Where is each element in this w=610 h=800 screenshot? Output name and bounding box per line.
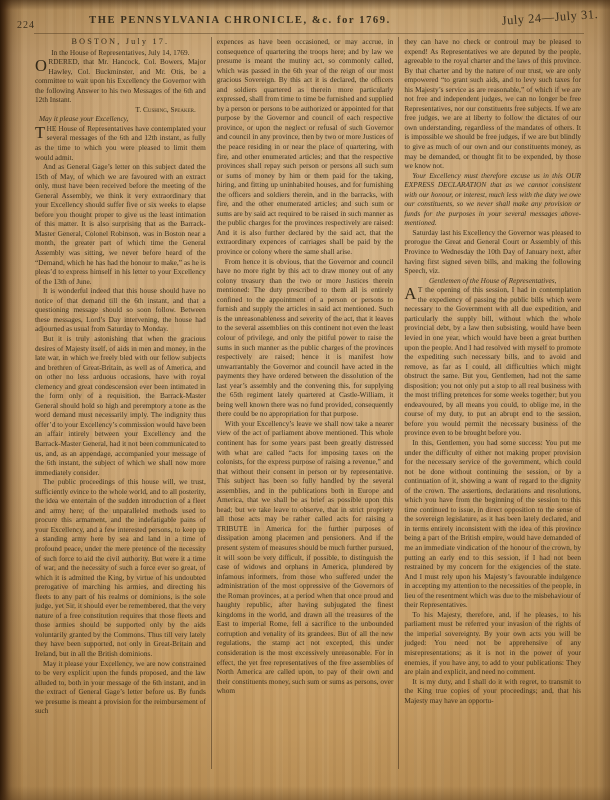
page-edge-bottom	[0, 786, 610, 800]
paragraph: With your Excellency’s leave we shall no…	[217, 419, 394, 696]
paragraph: ORDERED, that Mr. Hancock, Col. Bowers, …	[35, 57, 206, 105]
page-edge-right	[598, 0, 610, 800]
drop-cap: T	[35, 124, 47, 140]
paragraph: expences as have been occasioned, or may…	[217, 37, 394, 257]
page-title: THE PENNSYLVANIA CHRONICLE, &c. for 1769…	[60, 15, 420, 26]
dateline-boston: BOSTON, July 17.	[35, 37, 206, 47]
paragraph: THE House of Representatives have contem…	[35, 124, 206, 162]
paragraph: AT the opening of this session, I had in…	[404, 285, 581, 438]
speaker-line: T. Cushing, Speaker.	[35, 105, 206, 115]
newspaper-page: 224 THE PENNSYLVANIA CHRONICLE, &c. for …	[0, 0, 610, 800]
page-number: 224	[17, 20, 35, 31]
paragraph: Saturday last his Excellency the Governo…	[404, 228, 581, 276]
column-middle: expences as have been occasioned, or may…	[211, 37, 399, 769]
paragraph: May it please your Excellency, we are no…	[35, 659, 206, 716]
page-edge-left	[0, 0, 22, 800]
date-range: July 24—July 31.	[502, 7, 599, 29]
paragraph: they can have no check or controul may b…	[404, 37, 581, 171]
paragraph: From hence it is obvious, that the Gover…	[217, 257, 394, 419]
page-edge-top	[0, 0, 610, 10]
paragraph: It is my duty, and I shall do it with re…	[404, 677, 581, 706]
speech-salutation: Gentlemen of the House of Representative…	[404, 276, 581, 286]
paragraph: Your Excellency must therefore excuse us…	[404, 171, 581, 228]
column-left: BOSTON, July 17.In the House of Represen…	[35, 37, 211, 769]
court-heading: In the House of Representatives, July 14…	[35, 48, 206, 58]
drop-cap: O	[35, 57, 48, 73]
paragraph: But it is truly astonishing that when th…	[35, 334, 206, 477]
paragraph: May it please your Excellency,	[35, 114, 206, 124]
paragraph: In this, Gentlemen, you had some success…	[404, 438, 581, 610]
header-rule	[34, 33, 584, 34]
paragraph: It is wonderful indeed that this house s…	[35, 286, 206, 334]
paragraph: The public proceedings of this house wil…	[35, 477, 206, 658]
paragraph: To his Majesty, therefore, and, if he pl…	[404, 610, 581, 677]
column-layout: BOSTON, July 17.In the House of Represen…	[35, 37, 581, 769]
paragraph: And as General Gage’s letter on this sub…	[35, 162, 206, 286]
column-right: they can have no check or controul may b…	[398, 37, 581, 769]
drop-cap: A	[404, 285, 417, 301]
